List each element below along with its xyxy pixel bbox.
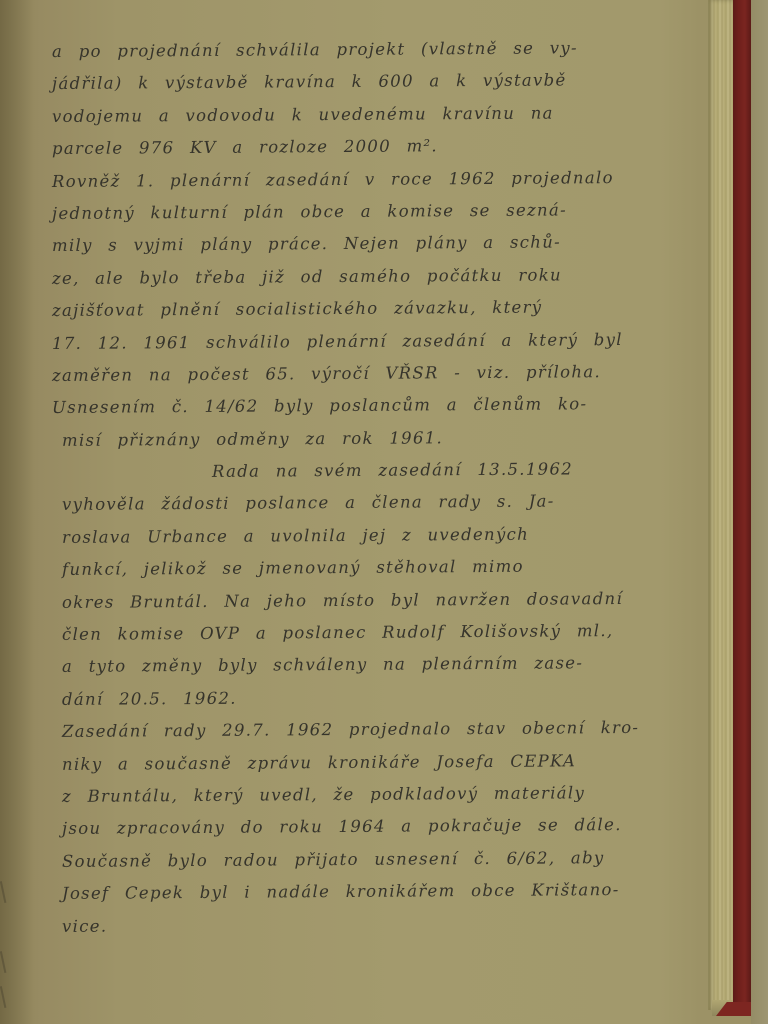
text-line: dání 20.5. 1962. xyxy=(52,680,652,717)
text-line: misí přiznány odměny za rok 1961. xyxy=(52,420,652,457)
gutter-shadow xyxy=(0,0,34,1024)
text-line: Rovněž 1. plenární zasedání v roce 1962 … xyxy=(52,161,652,198)
text-line: z Bruntálu, který uvedl, že podkladový m… xyxy=(52,777,652,814)
text-line: jádřila) k výstavbě kravína k 600 a k vý… xyxy=(52,64,652,101)
text-line: vodojemu a vodovodu k uvedenému kravínu … xyxy=(52,97,652,134)
text-line: zajišťovat plnění socialistického závazk… xyxy=(52,291,652,328)
handwritten-text-body: a po projednání schválila projekt (vlast… xyxy=(52,36,652,943)
text-line: jednotný kulturní plán obce a komise se … xyxy=(52,194,652,231)
text-line: ze, ale bylo třeba již od samého počátku… xyxy=(52,259,652,296)
text-line: 17. 12. 1961 schválilo plenární zasedání… xyxy=(52,323,652,360)
text-line: vyhověla žádosti poslance a člena rady s… xyxy=(52,485,652,522)
text-line: jsou zpracovány do roku 1964 a pokračuje… xyxy=(52,809,652,846)
text-line: roslava Urbance a uvolnila jej z uvedený… xyxy=(52,518,652,555)
text-line: parcele 976 KV a rozloze 2000 m². xyxy=(52,129,652,166)
text-line: funkcí, jelikož se jmenovaný stěhoval mi… xyxy=(52,550,652,587)
background-surface xyxy=(751,0,768,1024)
text-line: mily s vyjmi plány práce. Nejen plány a … xyxy=(52,226,652,263)
text-line: a tyto změny byly schváleny na plenárním… xyxy=(52,647,652,684)
text-line: Josef Cepek byl i nadále kronikářem obce… xyxy=(52,874,652,911)
text-line: Usnesením č. 14/62 byly poslancům a člen… xyxy=(52,388,652,425)
text-line: Zasedání rady 29.7. 1962 projednalo stav… xyxy=(52,712,652,749)
scanned-chronicle-page: a po projednání schválila projekt (vlast… xyxy=(0,0,768,1024)
text-line: niky a současně zprávu kronikáře Josefa … xyxy=(52,744,652,781)
text-line: Rada na svém zasedání 13.5.1962 xyxy=(52,453,652,490)
text-line: člen komise OVP a poslanec Rudolf Kolišo… xyxy=(52,615,652,652)
text-line: zaměřen na počest 65. výročí VŘSR - viz.… xyxy=(52,356,652,393)
text-line: Současně bylo radou přijato usnesení č. … xyxy=(52,842,652,879)
red-book-cover xyxy=(733,0,751,1016)
text-line: okres Bruntál. Na jeho místo byl navržen… xyxy=(52,582,652,619)
text-line: vice. xyxy=(52,906,652,943)
text-line: a po projednání schválila projekt (vlast… xyxy=(52,32,652,69)
